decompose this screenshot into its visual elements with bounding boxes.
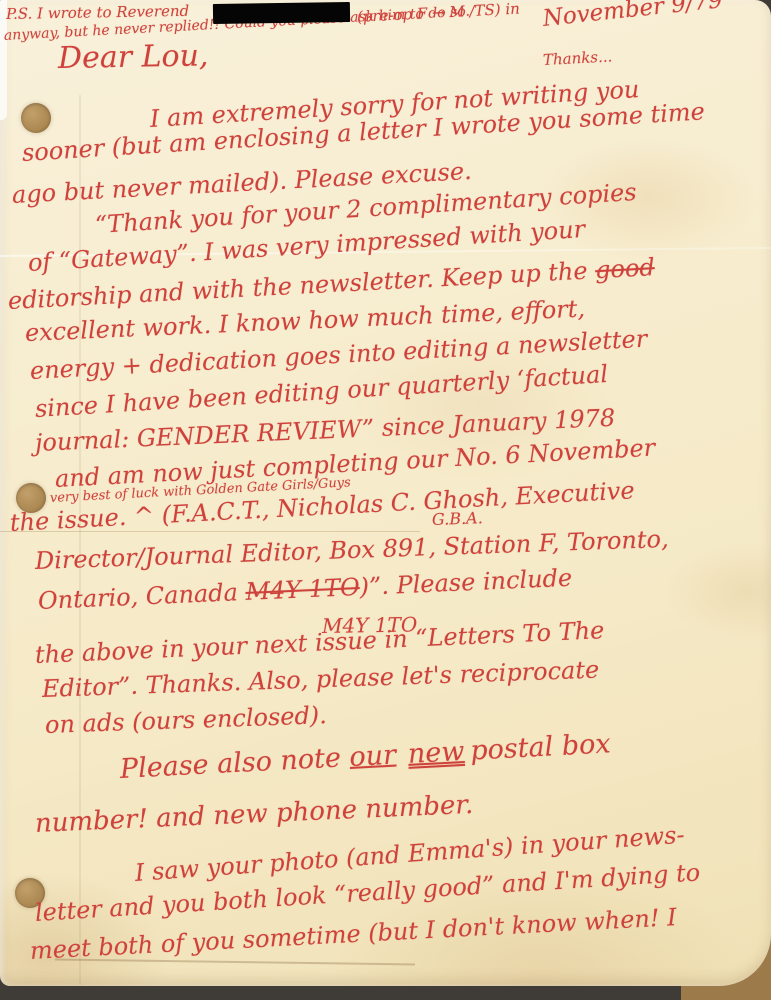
crossed-out-postal-code: M4Y 1TO <box>245 573 360 606</box>
double-underlined-new: new <box>407 736 465 770</box>
redaction-bar <box>213 2 350 24</box>
fold-crease-vertical <box>79 95 81 985</box>
underlined-our: our <box>349 740 397 773</box>
salutation: Dear Lou, <box>58 39 209 75</box>
punch-hole <box>21 103 51 133</box>
crossed-out-word: good <box>594 253 655 284</box>
ps-line3: Thanks... <box>543 48 613 68</box>
inserted-gba: G.B.A. <box>432 509 483 528</box>
